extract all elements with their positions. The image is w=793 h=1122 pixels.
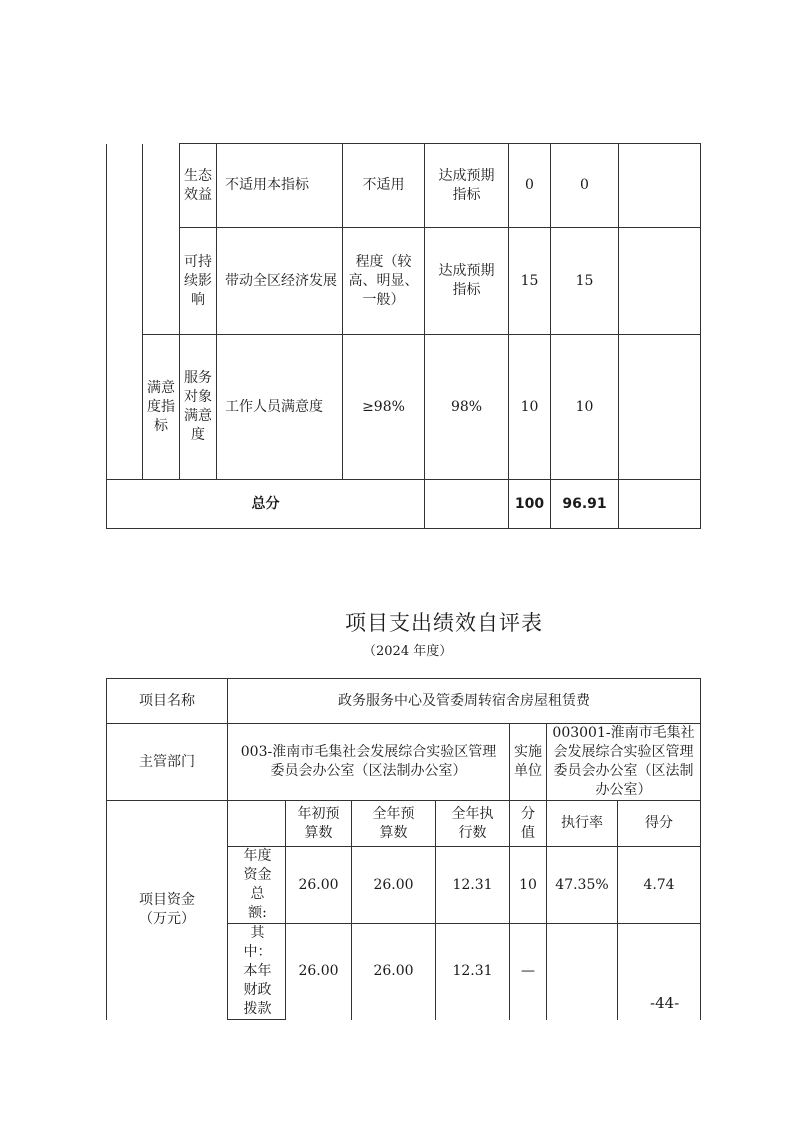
indicator-cell: 带动全区经济发展 [217, 228, 343, 335]
actual-cell: 98% [425, 335, 509, 480]
initial-cell: 26.00 [286, 924, 352, 1020]
indicator-cell: 不适用本指标 [217, 144, 343, 228]
sub-indicator-cell: 可持续影响 [180, 228, 217, 335]
remark-cell [619, 335, 701, 480]
performance-indicator-table: 生态效益 不适用本指标 不适用 达成预期指标 0 0 可持续影响 带动全区经济发… [106, 143, 701, 529]
page-number: -44- [650, 994, 679, 1012]
annual-cell: 26.00 [352, 924, 436, 1020]
project-name-label: 项目名称 [107, 679, 228, 724]
sub-indicator-cell: 生态效益 [180, 144, 217, 228]
total-row: 总分 100 96.91 [107, 480, 701, 529]
section-subtitle: （2024 年度） [363, 640, 452, 659]
dept-label: 主管部门 [107, 724, 228, 801]
total-remark [619, 480, 701, 529]
remark-cell [619, 228, 701, 335]
row-label: 年度资金总额: [228, 847, 286, 924]
table-row: 生态效益 不适用本指标 不适用 达成预期指标 0 0 [107, 144, 701, 228]
score-cell: 0 [551, 144, 619, 228]
header-blank [228, 801, 286, 847]
header-score-value: 分值 [510, 801, 547, 847]
target-cell: ≥98% [343, 335, 425, 480]
sub-indicator-cell: 服务对象满意度 [180, 335, 217, 480]
header-score: 得分 [618, 801, 701, 847]
total-score-value: 100 [509, 480, 551, 529]
header-executed: 全年执行数 [436, 801, 510, 847]
actual-cell: 达成预期指标 [425, 144, 509, 228]
score-value-cell: 10 [510, 847, 547, 924]
total-label: 总分 [107, 480, 425, 529]
level2-cell [143, 144, 180, 335]
rate-cell [547, 924, 618, 1020]
initial-cell: 26.00 [286, 847, 352, 924]
score-value-cell: — [510, 924, 547, 1020]
section-title: 项目支出绩效自评表 [345, 607, 543, 637]
executed-cell: 12.31 [436, 924, 510, 1020]
project-name-row: 项目名称 政务服务中心及管委周转宿舍房屋租赁费 [107, 679, 701, 724]
header-rate: 执行率 [547, 801, 618, 847]
header-initial: 年初预算数 [286, 801, 352, 847]
total-score: 96.91 [551, 480, 619, 529]
indicator-cell: 工作人员满意度 [217, 335, 343, 480]
score-cell: 10 [551, 335, 619, 480]
row-label: 其中：本年财政拨款 [228, 924, 286, 1020]
funds-label: 项目资金（万元） [107, 801, 228, 1020]
score-value-cell: 15 [509, 228, 551, 335]
department-row: 主管部门 003-淮南市毛集社会发展综合实验区管理委员会办公室（区法制办公室） … [107, 724, 701, 801]
annual-cell: 26.00 [352, 847, 436, 924]
level1-cell [107, 144, 143, 480]
total-actual [425, 480, 509, 529]
funds-header-row: 项目资金（万元） 年初预算数 全年预算数 全年执行数 分值 执行率 得分 [107, 801, 701, 847]
score-value-cell: 10 [509, 335, 551, 480]
header-annual: 全年预算数 [352, 801, 436, 847]
score-value-cell: 0 [509, 144, 551, 228]
impl-value: 003001-淮南市毛集社会发展综合实验区管理委员会办公室（区法制办公室） [547, 724, 701, 801]
target-cell: 程度（较高、明显、一般） [343, 228, 425, 335]
impl-label: 实施单位 [510, 724, 547, 801]
executed-cell: 12.31 [436, 847, 510, 924]
target-cell: 不适用 [343, 144, 425, 228]
score-cell: 15 [551, 228, 619, 335]
table-row: 满意度指标 服务对象满意度 工作人员满意度 ≥98% 98% 10 10 [107, 335, 701, 480]
table-row: 可持续影响 带动全区经济发展 程度（较高、明显、一般） 达成预期指标 15 15 [107, 228, 701, 335]
actual-cell: 达成预期指标 [425, 228, 509, 335]
score-cell: 4.74 [618, 847, 701, 924]
category-cell: 满意度指标 [143, 335, 180, 480]
rate-cell: 47.35% [547, 847, 618, 924]
dept-value: 003-淮南市毛集社会发展综合实验区管理委员会办公室（区法制办公室） [228, 724, 510, 801]
project-name-value: 政务服务中心及管委周转宿舍房屋租赁费 [228, 679, 701, 724]
project-expenditure-table: 项目名称 政务服务中心及管委周转宿舍房屋租赁费 主管部门 003-淮南市毛集社会… [106, 678, 701, 1020]
remark-cell [619, 144, 701, 228]
